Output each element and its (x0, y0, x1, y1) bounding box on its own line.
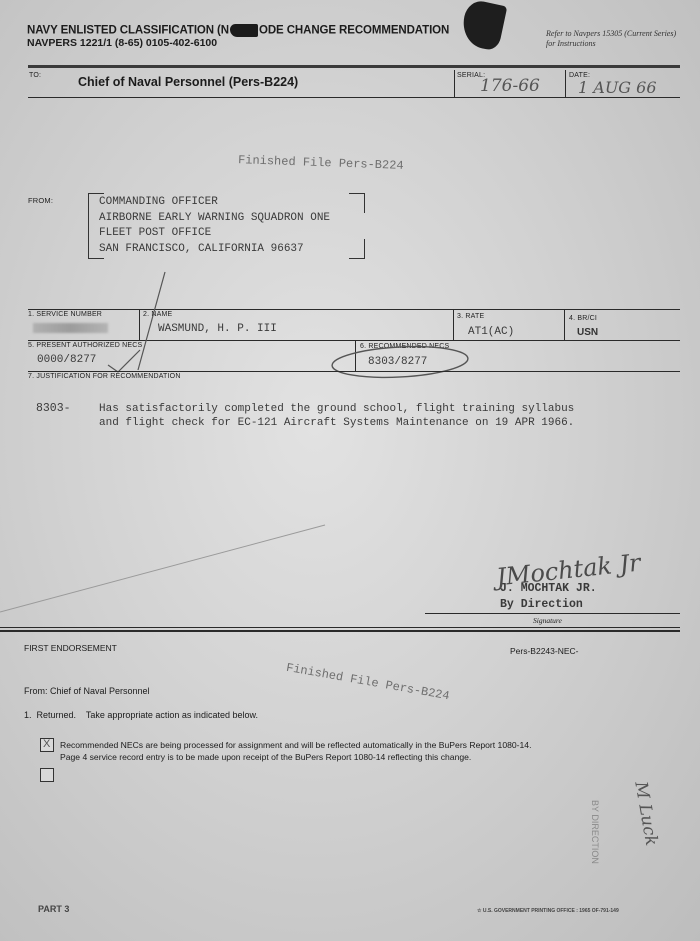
instructions-note: Refer to Navpers 15305 (Current Series) … (546, 29, 686, 49)
torn-corner (459, 0, 508, 52)
from-address: COMMANDING OFFICER AIRBORNE EARLY WARNIN… (99, 195, 330, 257)
justification-text: Has satisfactorily completed the ground … (99, 402, 574, 430)
justification-code: 8303- (36, 402, 71, 415)
divider (564, 310, 565, 340)
divider (565, 70, 566, 98)
option-1-text: Recommended NECs are being processed for… (60, 739, 531, 763)
form-title: NAVY ENLISTED CLASSIFICATION (NODE CHANG… (27, 24, 449, 37)
to-label: TO: (29, 72, 41, 79)
option-2-checkbox[interactable] (40, 768, 54, 782)
form-number: NAVPERS 1221/1 (8-65) 0105-402-6100 (27, 37, 217, 49)
printer-imprint: ☆ U.S. GOVERNMENT PRINTING OFFICE : 1965… (477, 908, 619, 914)
pen-slash-mark (100, 270, 190, 390)
option-1-line: Page 4 service record entry is to be mad… (60, 751, 531, 763)
from-line: SAN FRANCISCO, CALIFORNIA 96637 (99, 242, 330, 258)
circle-mark (328, 340, 473, 382)
rule-top-thick (28, 65, 680, 68)
divider (454, 70, 455, 98)
from-label: FROM: (28, 196, 53, 205)
present-nec-label: 5. PRESENT AUTHORIZED NECs (28, 342, 142, 349)
endorsement-title: FIRST ENDORSEMENT (24, 643, 117, 653)
divider (453, 310, 454, 340)
form-title-part1: NAVY ENLISTED CLASSIFICATION (N (27, 25, 229, 37)
to-value: Chief of Naval Personnel (Pers-B224) (78, 75, 298, 89)
side-stamp: BY DIRECTION (590, 800, 600, 864)
rule-double (0, 627, 680, 628)
justification-line: and flight check for EC-121 Aircraft Sys… (99, 416, 574, 430)
part-label: PART 3 (38, 904, 69, 914)
signature-label: Signature (533, 616, 562, 625)
torn-spot (230, 24, 258, 37)
br-label: 4. BR/CI (569, 315, 597, 322)
service-number-redacted (33, 323, 108, 333)
present-nec-value: 0000/8277 (37, 354, 96, 366)
signature-rule (425, 613, 680, 614)
finished-file-stamp-2: Finished File Pers-B224 (285, 661, 451, 704)
rule-double (0, 630, 680, 632)
endorsement-reference: Pers-B2243-NEC- (510, 646, 579, 656)
endorsement-from: From: Chief of Naval Personnel (24, 686, 150, 696)
finished-file-stamp: Finished File Pers-B224 (238, 153, 404, 173)
br-value: USN (577, 327, 598, 338)
from-line: COMMANDING OFFICER (99, 195, 330, 211)
rule (28, 371, 680, 372)
rule (28, 97, 680, 98)
scratch-line (0, 520, 330, 615)
service-number-label: 1. SERVICE NUMBER (28, 311, 102, 318)
from-line: AIRBORNE EARLY WARNING SQUADRON ONE (99, 211, 330, 227)
option-1-checkbox[interactable]: X (40, 738, 54, 752)
option-1-line: Recommended NECs are being processed for… (60, 739, 531, 751)
rate-value: AT1(AC) (468, 326, 514, 338)
rate-label: 3. RATE (457, 313, 484, 320)
endorsement-item-1: 1. Returned. Take appropriate action as … (24, 710, 258, 720)
justification-label: 7. JUSTIFICATION FOR RECOMMENDATION (28, 373, 181, 380)
signer-authority: By Direction (500, 598, 583, 611)
check-mark: X (43, 738, 50, 750)
serial-value: 176-66 (480, 76, 540, 96)
side-initials: M Luck (630, 780, 661, 847)
form-title-part2: ODE CHANGE RECOMMENDATION (259, 25, 449, 37)
signer-name: J. MOCHTAK JR. (500, 582, 597, 595)
justification-line: Has satisfactorily completed the ground … (99, 402, 574, 416)
date-value: 1 AUG 66 (578, 78, 657, 97)
from-line: FLEET POST OFFICE (99, 226, 330, 242)
